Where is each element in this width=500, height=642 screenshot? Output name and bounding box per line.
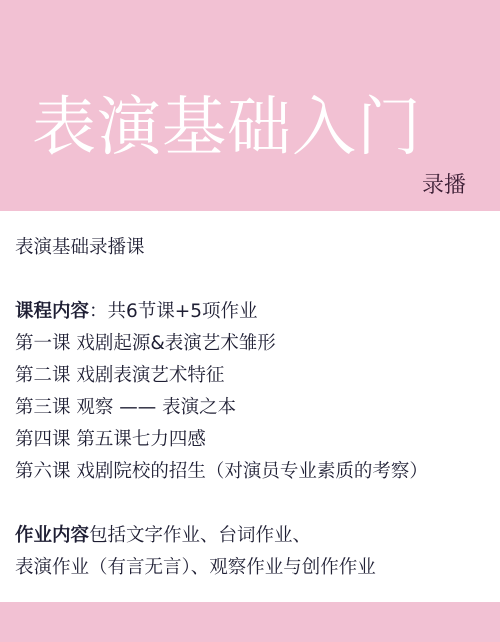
- lesson-item: 第二课 戏剧表演艺术特征: [15, 360, 500, 392]
- course-content-label: 课程内容: [15, 301, 89, 322]
- lesson-item: 第四课 第五课七力四感: [15, 424, 500, 456]
- course-description: 表演基础录播课 课程内容：共6节课+5项作业 第一课 戏剧起源&表演艺术雏形 第…: [15, 232, 500, 584]
- homework-text-2: 表演作业（有言无言）、观察作业与创作作业: [15, 552, 500, 584]
- lesson-item: 第三课 观察 —— 表演之本: [15, 392, 500, 424]
- spacer: [15, 264, 500, 296]
- page-title: 表演基础入门: [32, 88, 422, 168]
- course-name: 表演基础录播课: [15, 232, 500, 264]
- header-banner: 表演基础入门 录播: [0, 0, 500, 211]
- lesson-item: 第一课 戏剧起源&表演艺术雏形: [15, 328, 500, 360]
- subtitle-label: 录播: [422, 171, 466, 201]
- homework-text-1: 包括文字作业、台词作业、: [89, 525, 311, 546]
- course-content-line: 课程内容：共6节课+5项作业: [15, 296, 500, 328]
- course-content-value: ：共6节课+5项作业: [89, 301, 258, 322]
- footer-band: [0, 602, 500, 642]
- homework-line: 作业内容包括文字作业、台词作业、: [15, 520, 500, 552]
- homework-label: 作业内容: [15, 525, 89, 546]
- lesson-item: 第六课 戏剧院校的招生（对演员专业素质的考察）: [15, 456, 500, 488]
- spacer: [15, 488, 500, 520]
